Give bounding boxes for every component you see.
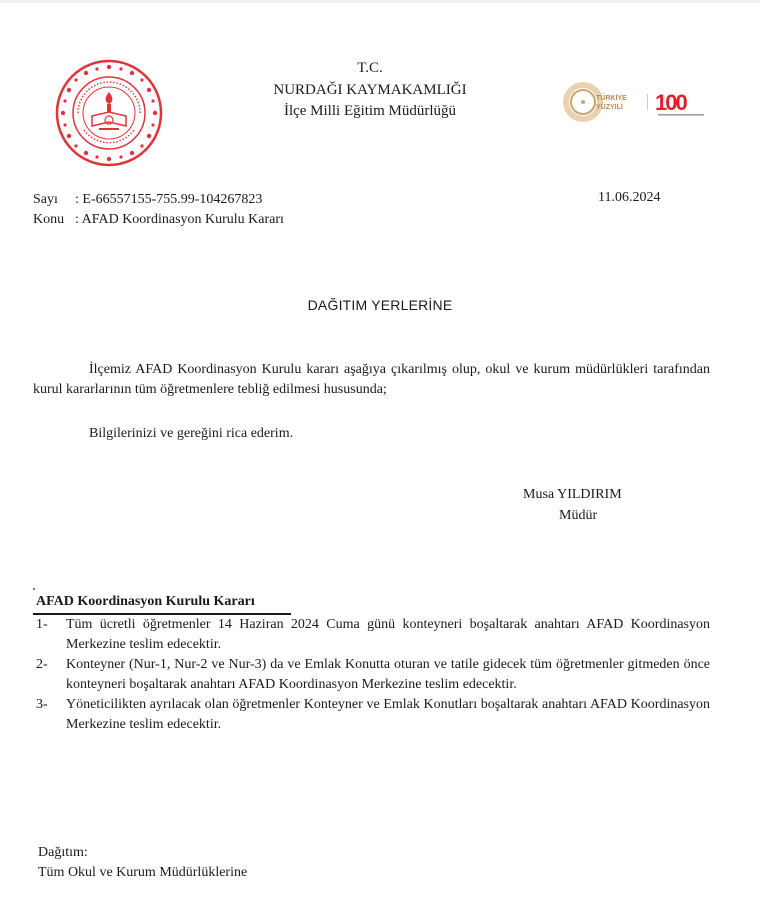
list-item: 1- Tüm ücretli öğretmenler 14 Haziran 20… — [36, 615, 710, 655]
signatory-title: Müdür — [559, 508, 597, 524]
header-directorate: İlçe Milli Eğitim Müdürlüğü — [200, 101, 540, 121]
body-paragraph-2: Bilgilerinizi ve gereğini rica ederim. — [33, 424, 710, 444]
svg-text:100: 100 — [655, 90, 687, 115]
konu-label: Konu — [33, 210, 75, 230]
svg-text:TÜRKİYE: TÜRKİYE — [596, 93, 627, 102]
document-date: 11.06.2024 — [598, 190, 660, 206]
list-item: 2- Konteyner (Nur-1, Nur-2 ve Nur-3) da … — [36, 655, 710, 695]
sayi-value: : E-66557155-755.99-104267823 — [75, 192, 262, 207]
distribution-value: Tüm Okul ve Kurum Müdürlüklerine — [38, 863, 247, 883]
meb-seal-icon — [54, 58, 164, 168]
header-tc: T.C. — [200, 58, 540, 78]
konu-row: Konu: AFAD Koordinasyon Kurulu Kararı — [33, 210, 284, 230]
decision-list: 1- Tüm ücretli öğretmenler 14 Haziran 20… — [36, 615, 710, 735]
list-item: 3- Yöneticilikten ayrılacak olan öğretme… — [36, 695, 710, 735]
signatory-name: Musa YILDIRIM — [523, 487, 622, 503]
top-border — [0, 0, 760, 3]
distribution-label: Dağıtım: — [38, 843, 88, 863]
header-office: NURDAĞI KAYMAKAMLIĞI — [200, 80, 540, 100]
body-paragraph-1: İlçemiz AFAD Koordinasyon Kurulu kararı … — [33, 360, 710, 400]
svg-text:YÜZYILI: YÜZYILI — [596, 102, 623, 111]
decision-heading: AFAD Koordinasyon Kurulu Kararı — [36, 594, 255, 610]
scan-dot — [33, 588, 35, 590]
sayi-label: Sayı — [33, 190, 75, 210]
sayi-row: Sayı: E-66557155-755.99-104267823 — [33, 190, 262, 210]
turkiye-yuzyili-logo: TÜRKİYE YÜZYILI 100 — [563, 82, 723, 122]
document-title: DAĞITIM YERLERİNE — [0, 297, 760, 313]
konu-value: : AFAD Koordinasyon Kurulu Kararı — [75, 212, 284, 227]
